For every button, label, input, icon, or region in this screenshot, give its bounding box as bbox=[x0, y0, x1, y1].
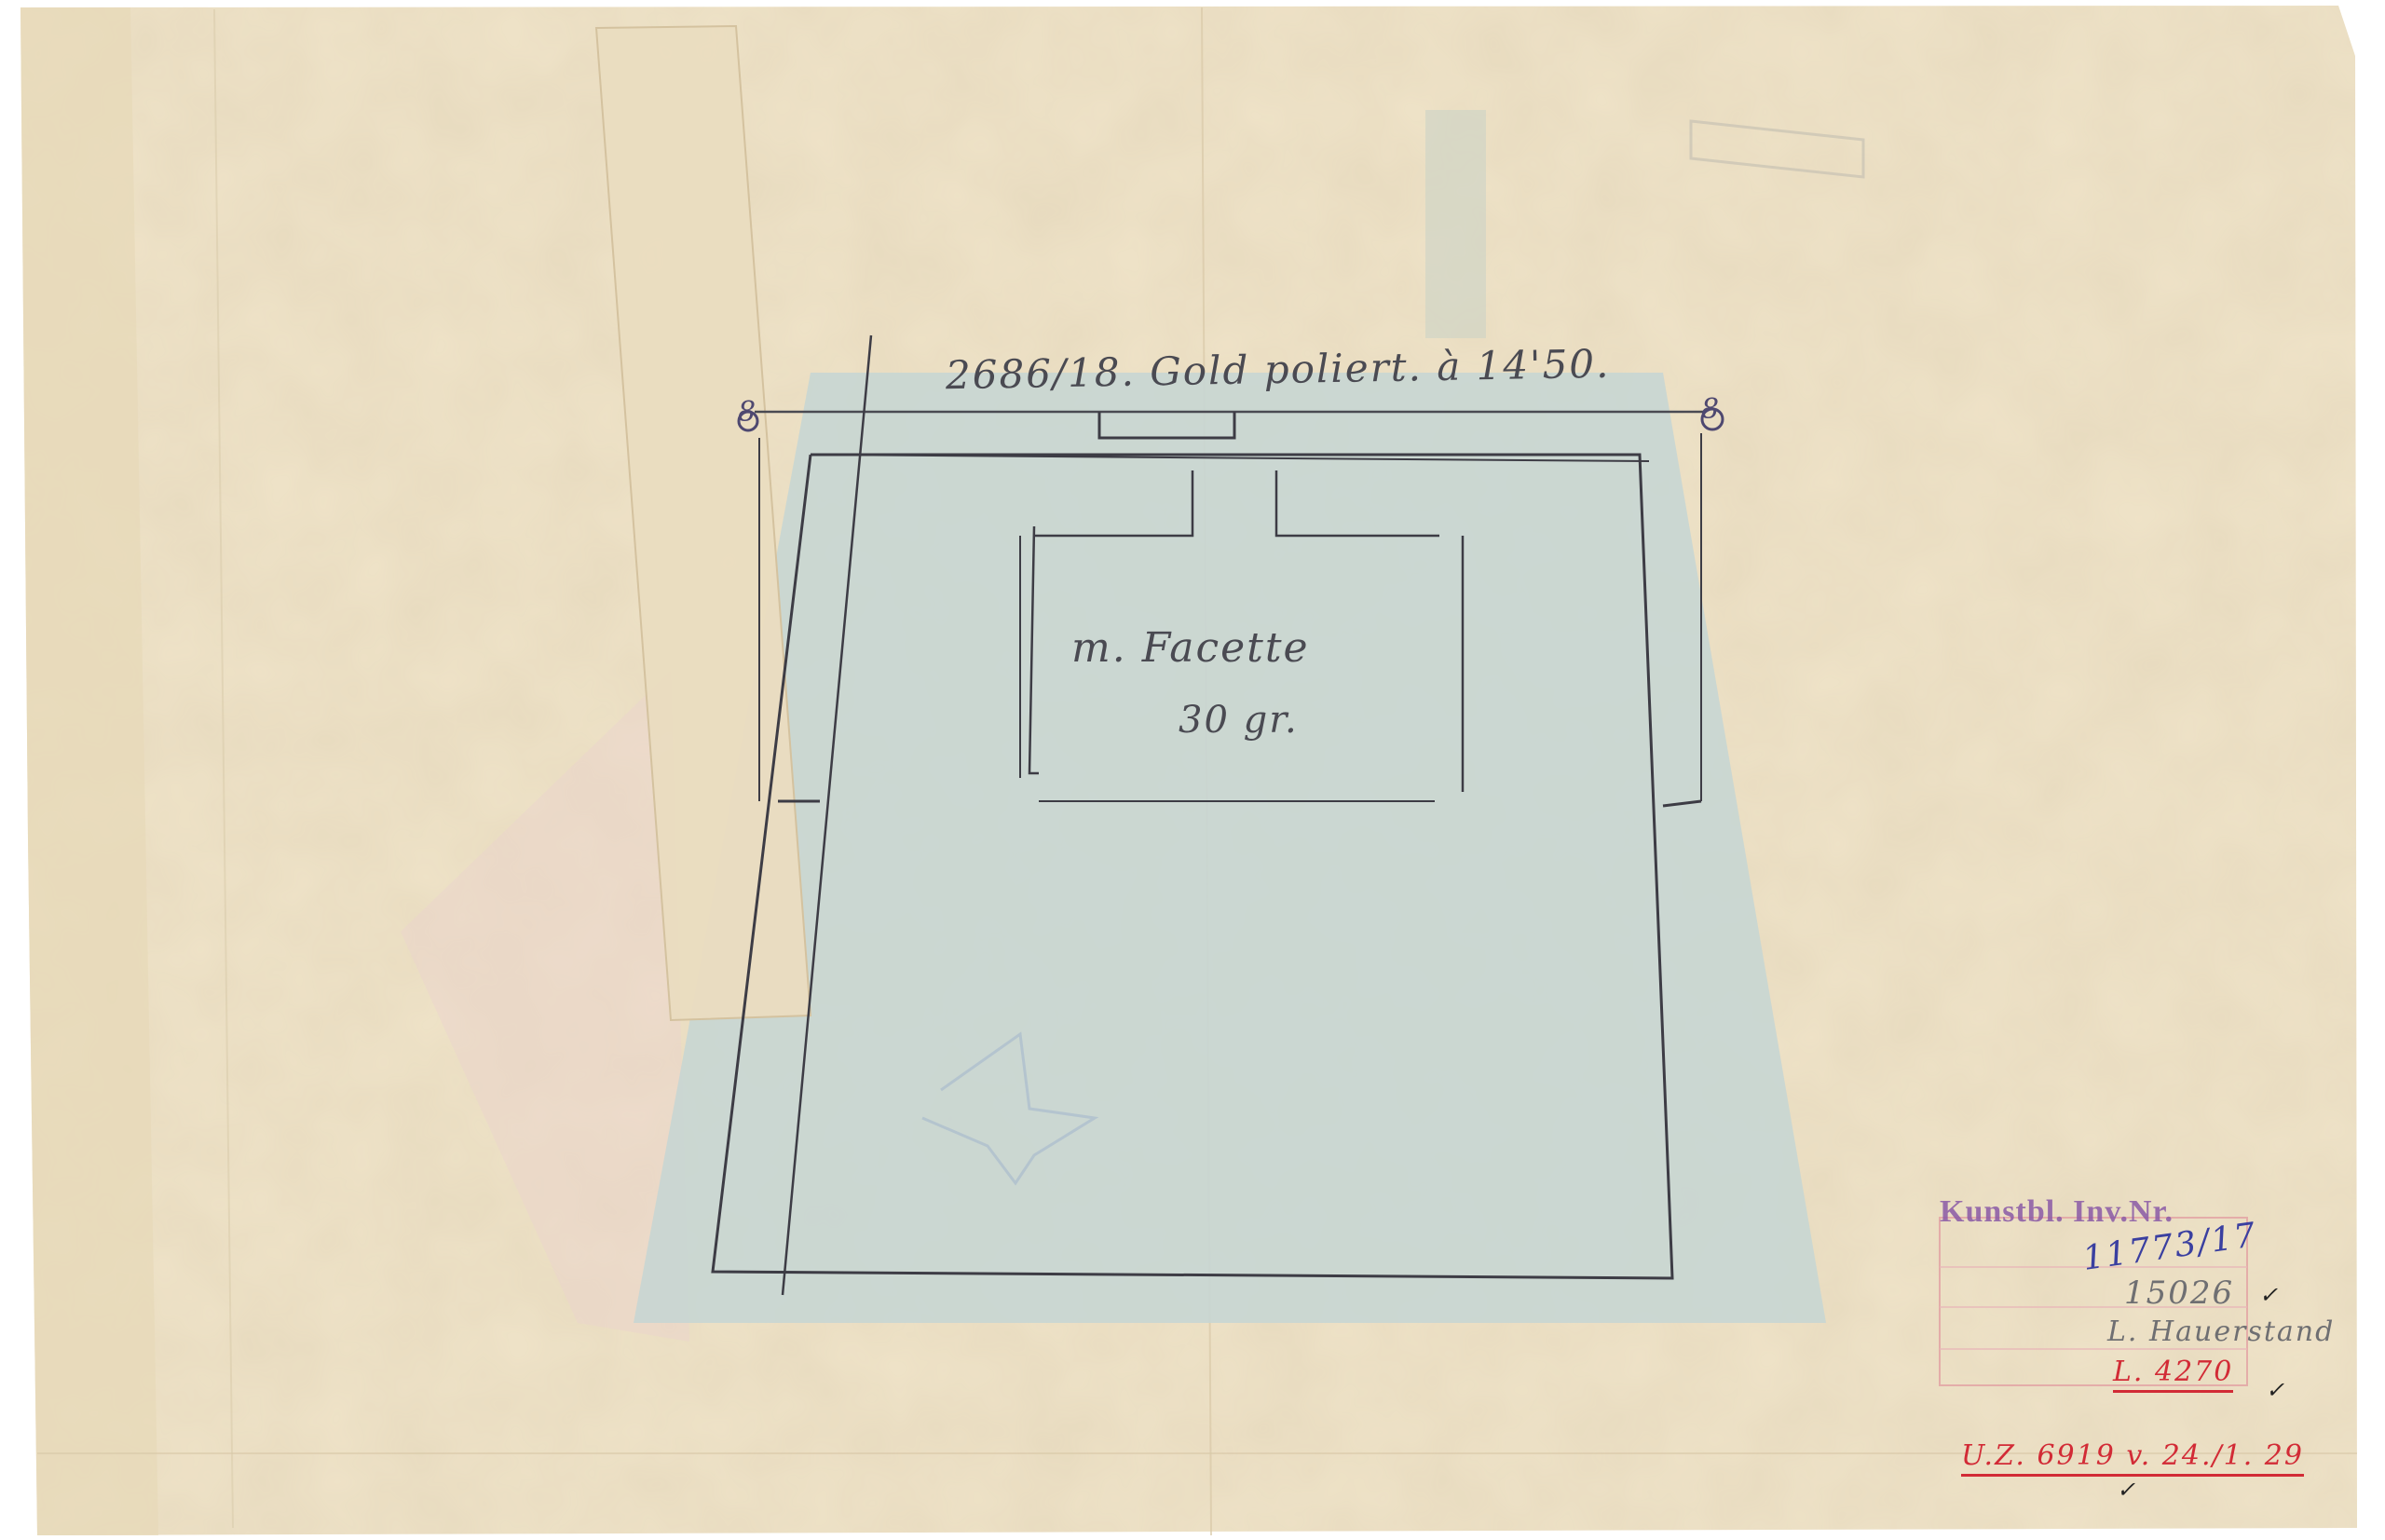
inventory-line-4270: L. 4270 bbox=[2113, 1356, 2233, 1393]
inventory-footer-note: U.Z. 6919 v. 24./1. 29 bbox=[1961, 1439, 2304, 1477]
tape-strip-small bbox=[1425, 110, 1486, 338]
document-artwork bbox=[0, 0, 2385, 1540]
inventory-stamp-title: Kunstbl. Inv.Nr. bbox=[1940, 1194, 2174, 1230]
check-mark-icon: ✓ bbox=[2259, 1282, 2280, 1308]
check-mark-icon: ✓ bbox=[2266, 1377, 2286, 1403]
check-mark-icon: ✓ bbox=[2117, 1477, 2137, 1503]
center-note-facette: m. Facette bbox=[1071, 624, 1310, 672]
inventory-line-15026: 15026 bbox=[2124, 1274, 2234, 1312]
tracing-paper-overlay bbox=[634, 373, 1826, 1323]
inventory-line-hauerstand: L. Hauerstand bbox=[2107, 1315, 2335, 1348]
center-note-weight: 30 gr. bbox=[1179, 699, 1299, 742]
document-scan: 2686/18. Gold poliert. à 14'50. 8 8 m. F… bbox=[0, 0, 2385, 1540]
left-ring-label: 8 bbox=[738, 396, 757, 429]
right-ring-label: 8 bbox=[1701, 393, 1721, 426]
